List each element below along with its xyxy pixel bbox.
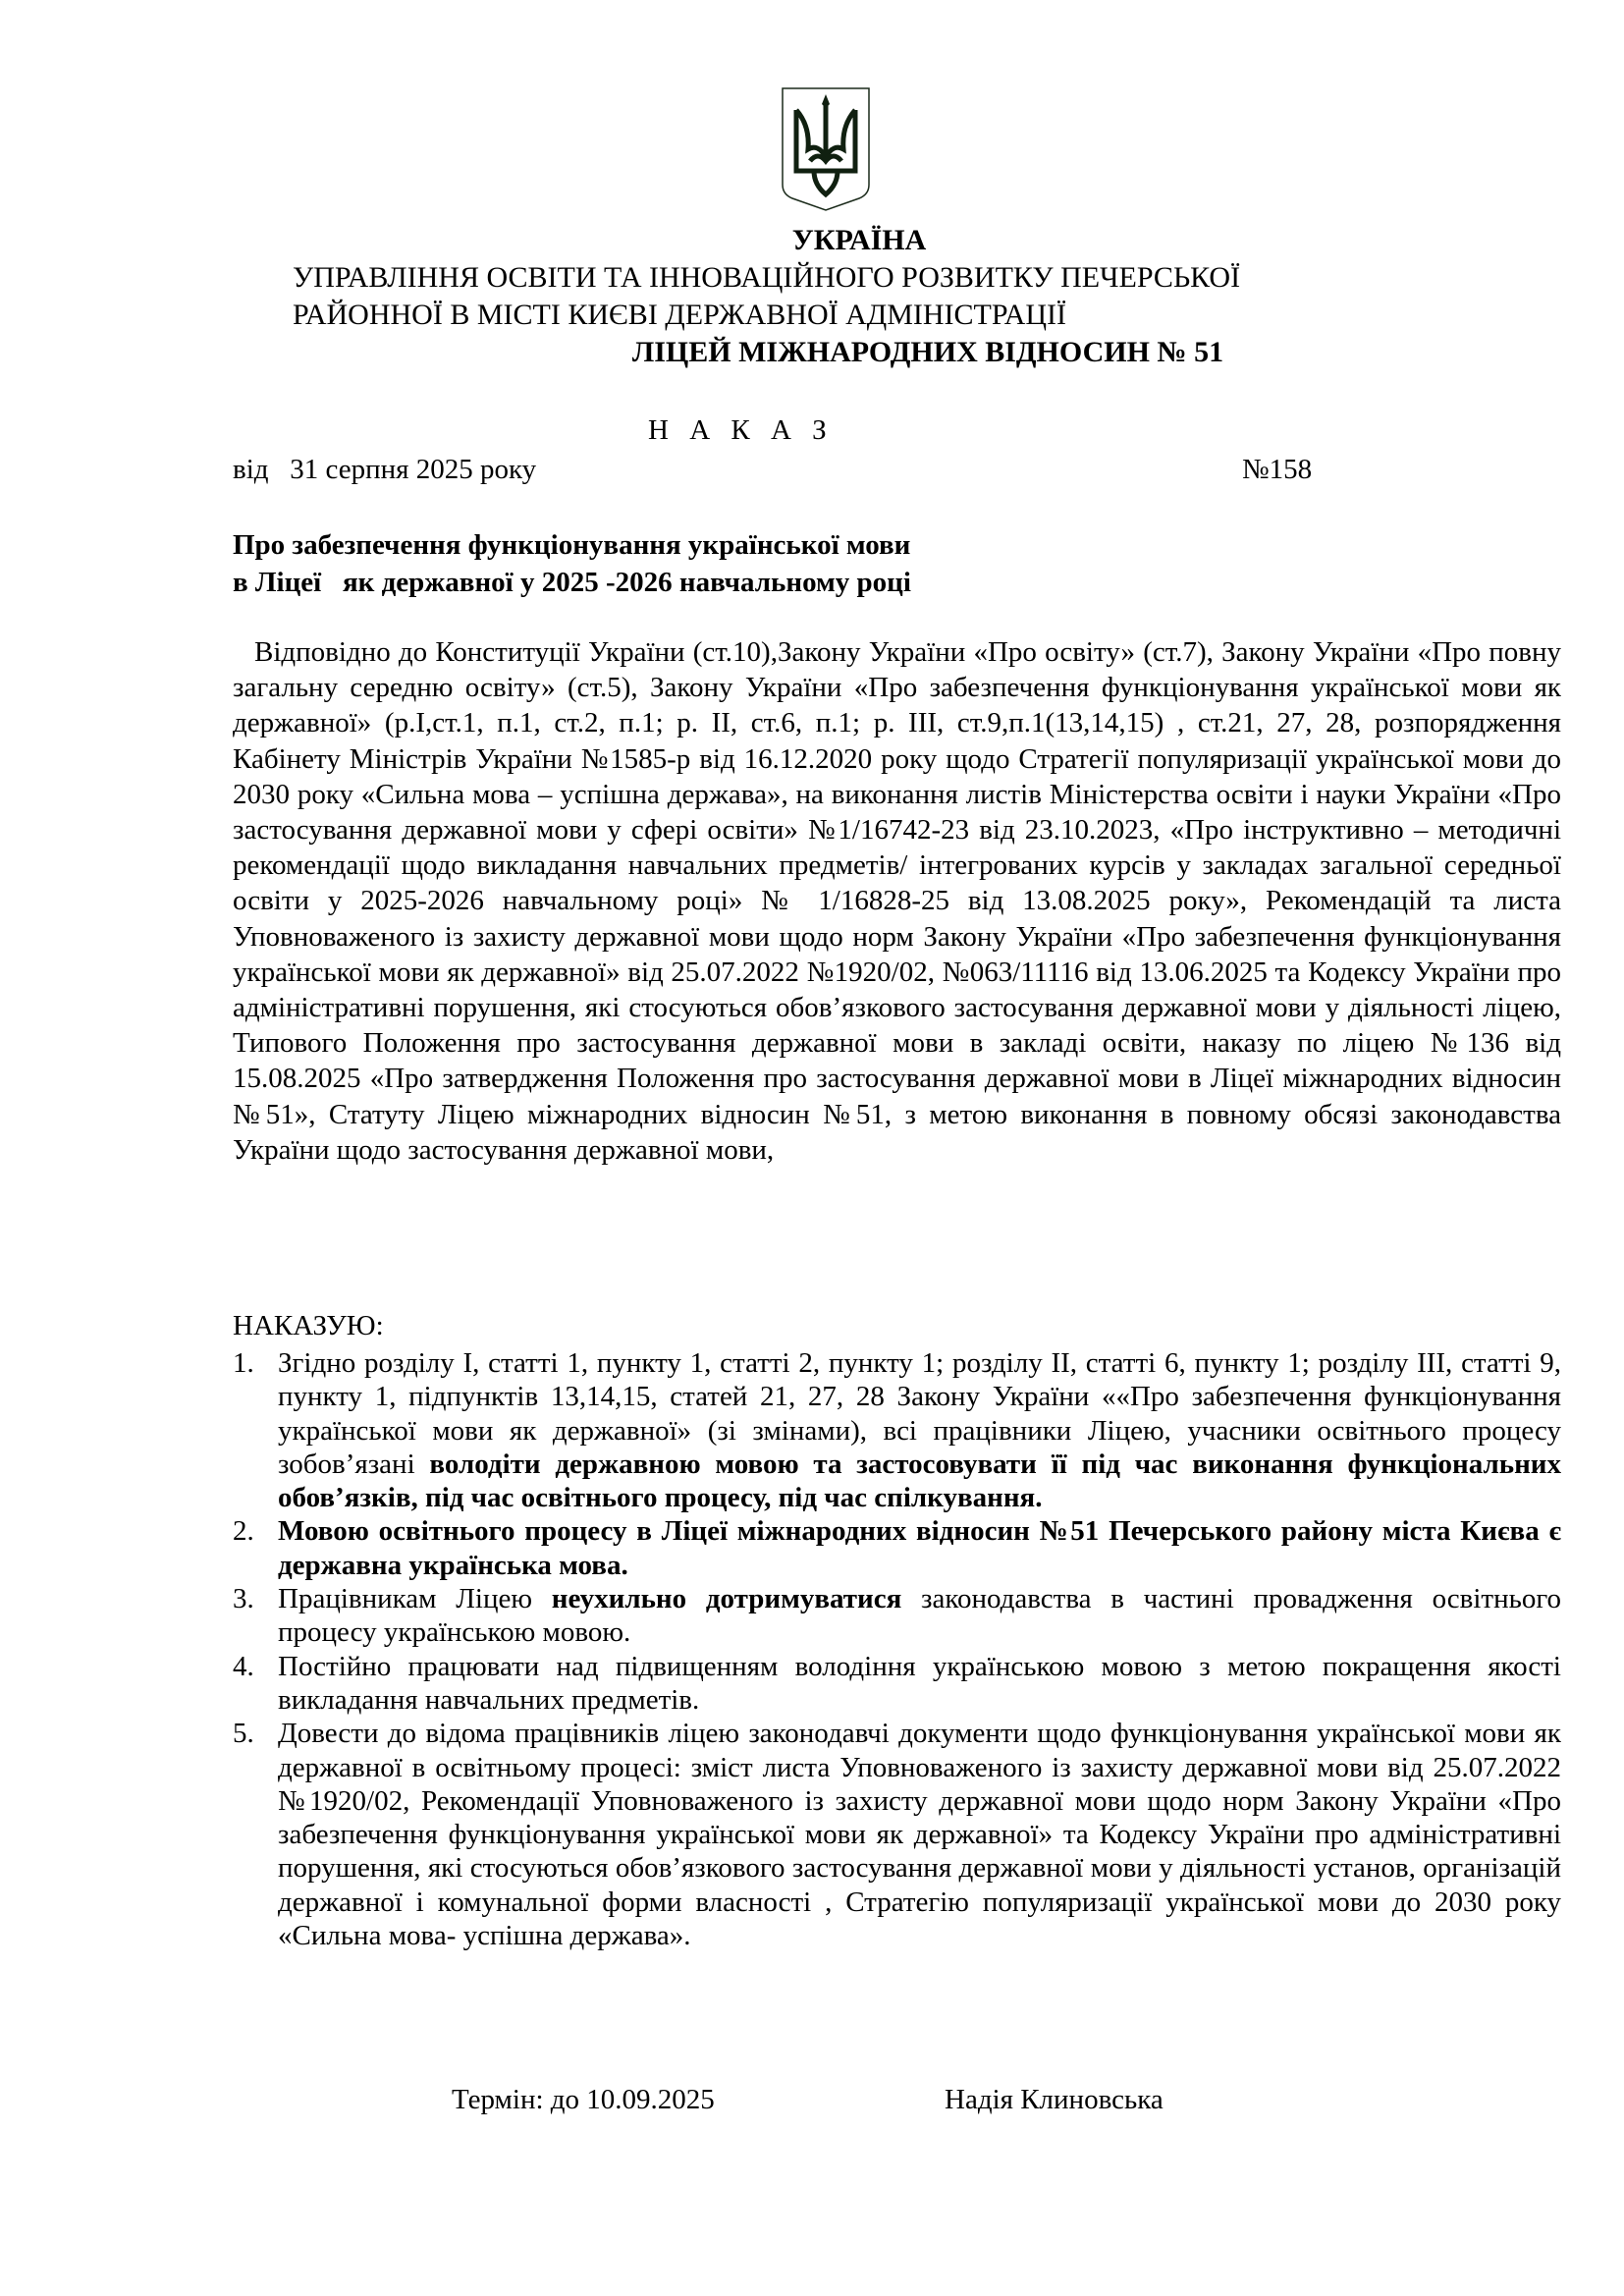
item-text: Працівникам Ліцею xyxy=(278,1583,552,1614)
order-date: від 31 серпня 2025 року xyxy=(233,454,536,486)
item-bold-text: неухильно дотримуватися xyxy=(552,1583,902,1614)
preamble-paragraph: Відповідно до Конституції України (ст.10… xyxy=(233,634,1561,1168)
item-bold-text: володіти державною мовою та застосовуват… xyxy=(278,1449,1561,1513)
order-item: 5.Довести до відома працівників ліцею за… xyxy=(233,1717,1561,1952)
order-item: 3.Працівникам Ліцею неухильно дотримуват… xyxy=(233,1582,1561,1650)
order-item: 4.Постійно працювати над підвищенням вол… xyxy=(233,1650,1561,1718)
school-name: ЛІЦЕЙ МІЖНАРОДНИХ ВІДНОСИН № 51 xyxy=(116,334,1624,371)
order-items-list: 1.Згідно розділу І, статті 1, пункту 1, … xyxy=(233,1346,1561,1952)
item-number: 3. xyxy=(233,1582,254,1615)
order-item: 1.Згідно розділу І, статті 1, пункту 1, … xyxy=(233,1346,1561,1514)
subject-line-1: Про забезпечення функціонування українсь… xyxy=(233,529,910,561)
item-text: Постійно працювати над підвищенням волод… xyxy=(278,1651,1561,1716)
deadline-text: Термін: до 10.09.2025 xyxy=(452,2084,715,2116)
orders-heading: НАКАЗУЮ: xyxy=(233,1310,384,1342)
order-title: Н А К А З xyxy=(648,414,834,447)
order-item: 2.Мовою освітнього процесу в Ліцеї міжна… xyxy=(233,1514,1561,1582)
item-number: 2. xyxy=(233,1514,254,1548)
item-number: 1. xyxy=(233,1346,254,1380)
signer-name: Надія Клиновська xyxy=(945,2084,1164,2116)
order-number: №158 xyxy=(1242,454,1312,486)
order-subject: Про забезпечення функціонування українсь… xyxy=(233,526,911,601)
department-line-1: УПРАВЛІННЯ ОСВІТИ ТА ІННОВАЦІЙНОГО РОЗВИ… xyxy=(293,259,1240,297)
item-number: 5. xyxy=(233,1717,254,1750)
country-heading: УКРАЇНА xyxy=(47,222,1624,259)
item-number: 4. xyxy=(233,1650,254,1683)
department-line-2: РАЙОННОЇ В МІСТІ КИЄВІ ДЕРЖАВНОЇ АДМІНІС… xyxy=(293,297,1066,334)
subject-line-2: в Ліцеї як державної у 2025 -2026 навчал… xyxy=(233,567,911,598)
item-bold-text: Мовою освітнього процесу в Ліцеї міжнаро… xyxy=(278,1515,1561,1580)
item-text: Довести до відома працівників ліцею зако… xyxy=(278,1718,1561,1951)
ukraine-emblem-icon xyxy=(781,86,871,212)
